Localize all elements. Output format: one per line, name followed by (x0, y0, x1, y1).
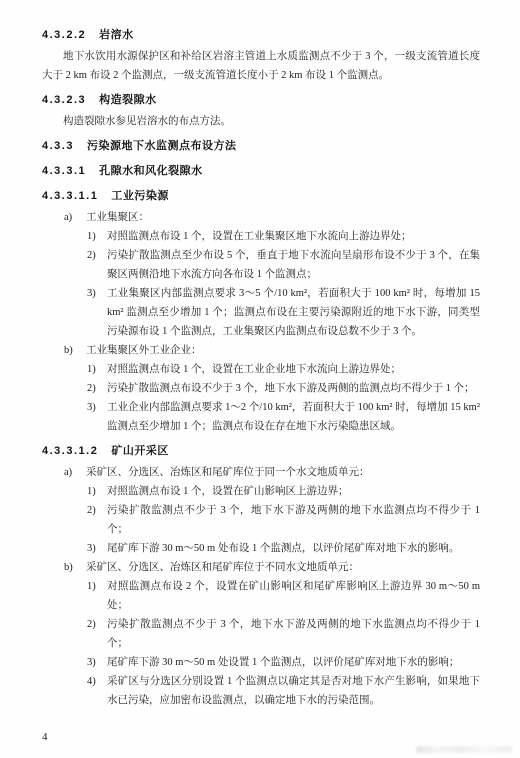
list-item-4: 4) 采矿区与分选区分别设置 1 个监测点以确定其是否对地下水产生影响，如果地下… (42, 672, 480, 710)
list-item-label: 2) (87, 246, 107, 284)
list-item-3: 3) 工业企业内部监测点要求 1～2 个/10 km²，若面积大于 100 km… (42, 398, 480, 436)
list-item-a: a) 采矿区、分选区、冶炼区和尾矿库位于同一个水文地质单元： (42, 463, 480, 482)
list-item-1: 1) 对照监测点布设 2 个，设置在矿山影响区和尾矿库影响区上游边界 30 m～… (42, 577, 480, 615)
list-item-label: 1) (87, 360, 107, 379)
section-title: 污染源地下水监测点布设方法 (87, 140, 237, 152)
list-item-label: a) (64, 208, 86, 227)
list-item-text: 采矿区与分选区分别设置 1 个监测点以确定其是否对地下水产生影响，如果地下水已污… (107, 672, 480, 710)
list-item-text: 工业集聚区内部监测点要求 3～5 个/10 km²，若面积大于 100 km² … (107, 284, 480, 341)
list-item-label: 3) (87, 539, 107, 558)
list-item-text: 污染扩散监测点不少于 3 个，地下水下游及两侧的地下水监测点均不得少于 1 个； (107, 615, 480, 653)
section-heading-4323: 4.3.2.3构造裂隙水 (42, 91, 480, 110)
list-item-label: 1) (87, 577, 107, 615)
list-item-3: 3) 工业集聚区内部监测点要求 3～5 个/10 km²，若面积大于 100 k… (42, 284, 480, 341)
scan-artifact (416, 746, 512, 753)
section-heading-43311: 4.3.3.1.1工业污染源 (42, 187, 480, 206)
list-item-label: 2) (87, 501, 107, 539)
list-item-2: 2) 污染扩散监测点不少于 3 个，地下水下游及两侧的地下水监测点均不得少于 1… (42, 615, 480, 653)
section-number: 4.3.2.2 (42, 29, 86, 41)
list-item-label: 2) (87, 379, 107, 398)
list-item-b: b) 采矿区、分选区、冶炼区和尾矿库位于不同水文地质单元： (42, 558, 480, 577)
document-page: 4.3.2.2岩溶水 地下水饮用水源保护区和补给区岩溶主管道上水质监测点不少于 … (0, 0, 520, 758)
list-item-text: 尾矿库下游 30 m～50 m 处设置 1 个监测点，以评价尾矿库对地下水的影响… (107, 653, 480, 672)
list-item-3: 3) 尾矿库下游 30 m～50 m 处布设 1 个监测点，以评价尾矿库对地下水… (42, 539, 480, 558)
list-item-1: 1) 对照监测点布设 1 个，设置在矿山影响区上游边界； (42, 482, 480, 501)
list-item-text: 对照监测点布设 1 个，设置在工业企业地下水流向上游边界处； (107, 360, 480, 379)
list-item-label: 1) (87, 227, 107, 246)
section-number: 4.3.3.1.1 (42, 190, 98, 202)
list-item-text: 采矿区、分选区、冶炼区和尾矿库位于同一个水文地质单元： (86, 463, 480, 482)
list-item-label: 2) (87, 615, 107, 653)
list-item-text: 尾矿库下游 30 m～50 m 处布设 1 个监测点，以评价尾矿库对地下水的影响… (107, 539, 480, 558)
page-number: 4 (42, 728, 48, 747)
list-item-label: 3) (87, 284, 107, 341)
list-item-text: 污染扩散监测点至少布设 5 个，垂直于地下水流向呈扇形布设不少于 3 个，在集聚… (107, 246, 480, 284)
list-item-label: 1) (87, 482, 107, 501)
section-heading-43312: 4.3.3.1.2矿山开采区 (42, 442, 480, 461)
list-item-label: b) (64, 558, 86, 577)
section-title: 构造裂隙水 (99, 94, 157, 106)
list-item-text: 对照监测点布设 2 个，设置在矿山影响区和尾矿库影响区上游边界 30 m～50 … (107, 577, 480, 615)
section-heading-4322: 4.3.2.2岩溶水 (42, 26, 480, 45)
list-item-text: 工业集聚区外工业企业： (86, 341, 480, 360)
list-item-a: a) 工业集聚区： (42, 208, 480, 227)
list-item-label: b) (64, 341, 86, 360)
section-number: 4.3.3.1.2 (42, 445, 98, 457)
list-item-text: 采矿区、分选区、冶炼区和尾矿库位于不同水文地质单元： (86, 558, 480, 577)
list-item-3: 3) 尾矿库下游 30 m～50 m 处设置 1 个监测点，以评价尾矿库对地下水… (42, 653, 480, 672)
list-item-b: b) 工业集聚区外工业企业： (42, 341, 480, 360)
section-number: 4.3.3.1 (42, 165, 86, 177)
section-title: 工业污染源 (111, 190, 169, 202)
paragraph-fissure-water: 构造裂隙水参见岩溶水的布点方法。 (42, 112, 480, 131)
list-item-text: 工业企业内部监测点要求 1～2 个/10 km²，若面积大于 100 km² 时… (107, 398, 480, 436)
section-number: 4.3.2.3 (42, 94, 86, 106)
list-item-1: 1) 对照监测点布设 1 个，设置在工业企业地下水流向上游边界处； (42, 360, 480, 379)
paragraph-karst-water: 地下水饮用水源保护区和补给区岩溶主管道上水质监测点不少于 3 个，一级支流管道长… (42, 47, 480, 85)
list-item-1: 1) 对照监测点布设 1 个，设置在工业集聚区地下水流向上游边界处； (42, 227, 480, 246)
list-item-2: 2) 污染扩散监测点至少布设 5 个，垂直于地下水流向呈扇形布设不少于 3 个，… (42, 246, 480, 284)
list-item-2: 2) 污染扩散监测点不少于 3 个，地下水下游及两侧的地下水监测点均不得少于 1… (42, 501, 480, 539)
section-heading-433: 4.3.3污染源地下水监测点布设方法 (42, 137, 480, 156)
list-item-text: 对照监测点布设 1 个，设置在矿山影响区上游边界； (107, 482, 480, 501)
list-item-label: 3) (87, 653, 107, 672)
list-item-label: a) (64, 463, 86, 482)
list-item-text: 工业集聚区： (86, 208, 480, 227)
list-item-2: 2) 污染扩散监测点布设不少于 3 个，地下水下游及两侧的监测点均不得少于 1 … (42, 379, 480, 398)
section-title: 矿山开采区 (111, 445, 169, 457)
list-item-label: 4) (87, 672, 107, 710)
section-title: 孔隙水和风化裂隙水 (99, 165, 203, 177)
list-item-text: 污染扩散监测点不少于 3 个，地下水下游及两侧的地下水监测点均不得少于 1 个； (107, 501, 480, 539)
list-item-text: 对照监测点布设 1 个，设置在工业集聚区地下水流向上游边界处； (107, 227, 480, 246)
list-item-text: 污染扩散监测点布设不少于 3 个，地下水下游及两侧的监测点均不得少于 1 个； (107, 379, 480, 398)
section-number: 4.3.3 (42, 140, 74, 152)
section-title: 岩溶水 (99, 29, 134, 41)
list-item-label: 3) (87, 398, 107, 436)
section-heading-4331: 4.3.3.1孔隙水和风化裂隙水 (42, 162, 480, 181)
